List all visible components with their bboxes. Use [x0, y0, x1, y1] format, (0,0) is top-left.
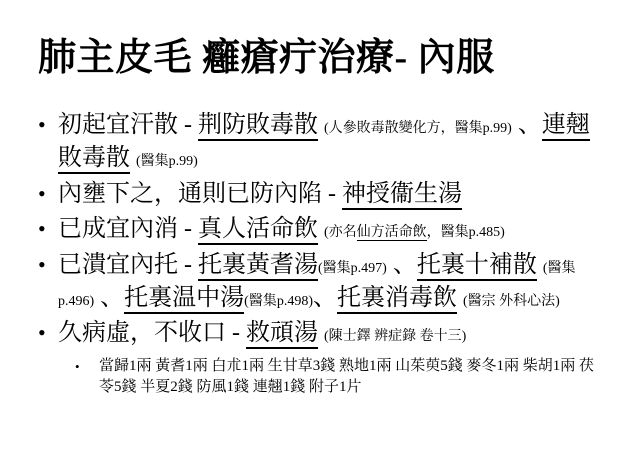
text-segment: (醫集p.99): [136, 154, 198, 169]
text-segment: 仙方活命飲: [357, 225, 427, 241]
text-segment: 托裏消毒飲: [337, 285, 457, 314]
bullet-text: 已潰宜內托 - 托裏黃耆湯(醫集p.497) 、托裏十補散 (醫集p.496) …: [58, 249, 608, 314]
text-segment: 真人活命飲: [198, 216, 318, 245]
text-segment: 、: [94, 285, 124, 311]
text-segment: 、: [313, 285, 337, 311]
bullet-marker: •: [75, 356, 99, 377]
slide-title: 肺主皮毛 癰瘡疔治療- 內服: [38, 34, 608, 83]
text-segment: 荆防敗毒散: [198, 112, 318, 141]
text-segment: 、: [512, 112, 542, 138]
text-segment: 久病虛，不收口 -: [58, 320, 246, 346]
text-segment: 當歸1兩 黃耆1兩 白朮1兩 生甘草3錢 熟地1兩 山茱萸5錢 麥冬1兩 柴胡1…: [99, 358, 594, 395]
bullet-text: 內壅下之，通則已防內陷 - 神授衞生湯: [58, 178, 608, 211]
text-segment: 、: [387, 252, 417, 278]
text-segment: 已潰宜內托 -: [58, 252, 198, 278]
text-segment: 初起宜汗散 -: [58, 112, 198, 138]
bullet-text: 已成宜內消 - 真人活命飲 (亦名仙方活命飲，醫集p.485): [58, 213, 608, 246]
text-segment: ，醫集p.485): [427, 225, 505, 240]
text-segment: 托裏温中湯: [124, 285, 244, 314]
text-segment: (醫集p.497): [318, 261, 387, 276]
bullet-item: •已成宜內消 - 真人活命飲 (亦名仙方活命飲，醫集p.485): [38, 213, 608, 246]
bullet-marker: •: [38, 213, 58, 246]
text-segment: 托裏十補散: [417, 252, 537, 281]
bullet-marker: •: [38, 178, 58, 211]
text-segment: 已成宜內消 -: [58, 216, 198, 242]
text-segment: (陳士鐸 辨症錄 卷十三): [324, 329, 466, 344]
bullet-marker: •: [38, 109, 58, 142]
text-segment: (醫集p.498): [244, 294, 313, 309]
bullet-text: 當歸1兩 黃耆1兩 白朮1兩 生甘草3錢 熟地1兩 山茱萸5錢 麥冬1兩 柴胡1…: [99, 356, 608, 399]
bullet-item: •內壅下之，通則已防內陷 - 神授衞生湯: [38, 178, 608, 211]
text-segment: 救頑湯: [246, 320, 318, 349]
bullet-list: •初起宜汗散 - 荆防敗毒散 (人參敗毒散變化方，醫集p.99) 、連翹敗毒散 …: [38, 109, 608, 398]
bullet-item: •久病虛，不收口 - 救頑湯 (陳士鐸 辨症錄 卷十三): [38, 317, 608, 350]
bullet-marker: •: [38, 249, 58, 282]
text-segment: (醫宗 外科心法): [463, 294, 560, 309]
text-segment: 神授衞生湯: [342, 181, 462, 210]
text-segment: (人參敗毒散變化方，醫集p.99): [324, 121, 512, 136]
text-segment: 托裏黃耆湯: [198, 252, 318, 281]
bullet-item: •已潰宜內托 - 托裏黃耆湯(醫集p.497) 、托裏十補散 (醫集p.496)…: [38, 249, 608, 314]
sub-bullet-item: •當歸1兩 黃耆1兩 白朮1兩 生甘草3錢 熟地1兩 山茱萸5錢 麥冬1兩 柴胡…: [75, 356, 608, 399]
bullet-item: •初起宜汗散 - 荆防敗毒散 (人參敗毒散變化方，醫集p.99) 、連翹敗毒散 …: [38, 109, 608, 174]
slide: 肺主皮毛 癰瘡疔治療- 內服 •初起宜汗散 - 荆防敗毒散 (人參敗毒散變化方，…: [0, 0, 642, 461]
bullet-text: 初起宜汗散 - 荆防敗毒散 (人參敗毒散變化方，醫集p.99) 、連翹敗毒散 (…: [58, 109, 608, 174]
bullet-marker: •: [38, 317, 58, 350]
bullet-text: 久病虛，不收口 - 救頑湯 (陳士鐸 辨症錄 卷十三): [58, 317, 608, 350]
text-segment: (亦名: [324, 225, 357, 240]
text-segment: 內壅下之，通則已防內陷 -: [58, 181, 342, 207]
